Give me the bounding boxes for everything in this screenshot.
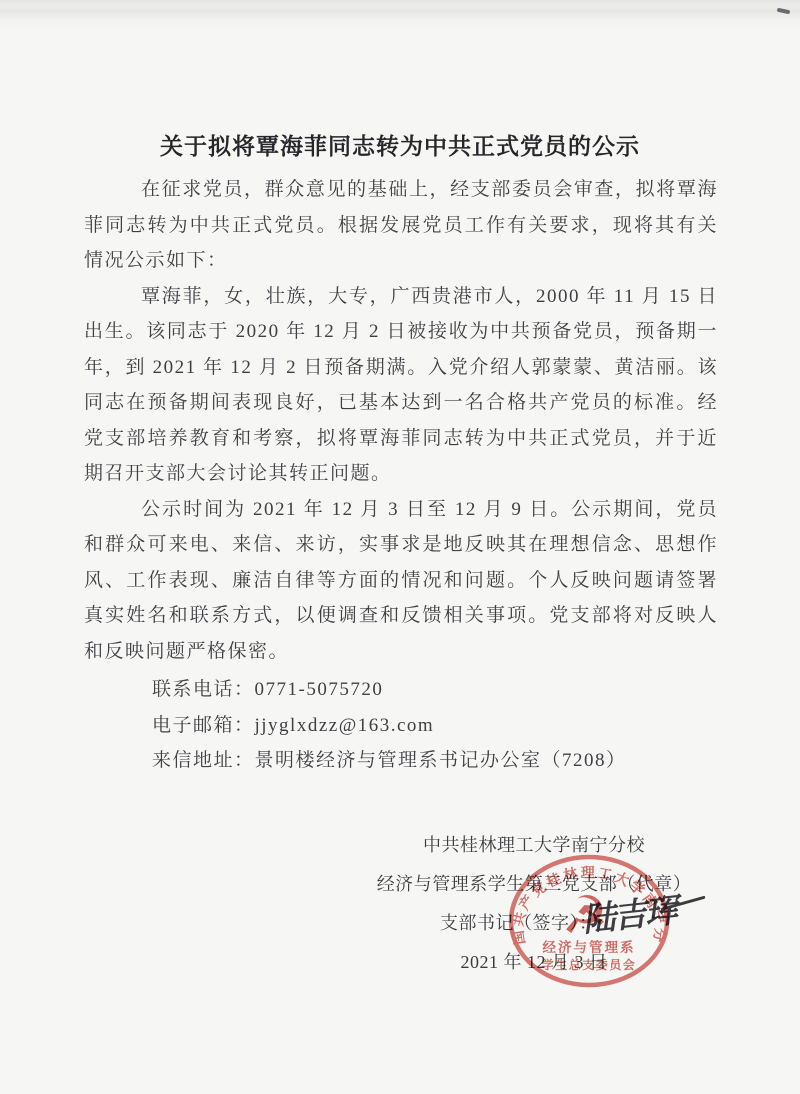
contact-phone-line: 联系电话：0771-5075720 [84,672,718,708]
contact-address-line: 来信地址：景明楼经济与管理系书记办公室（7208） [84,743,718,779]
paragraph-member-info: 覃海菲，女，壮族，大专，广西贵港市人，2000 年 11 月 15 日出生。该同… [84,279,718,492]
document-body: 在征求党员，群众意见的基础上，经支部委员会审查，拟将覃海菲同志转为中共正式党员。… [84,172,718,779]
scan-artifact-speck [777,8,791,15]
contact-block: 联系电话：0771-5075720 电子邮箱：jjyglxdzz@163.com… [84,672,718,779]
signoff-date-line: 2021 年 12 月 3 日 [360,943,708,982]
paragraph-intro: 在征求党员，群众意见的基础上，经支部委员会审查，拟将覃海菲同志转为中共正式党员。… [84,172,718,279]
signoff-org-line1: 中共桂林理工大学南宁分校 [360,826,708,865]
scanned-document-page: 关于拟将覃海菲同志转为中共正式党员的公示 在征求党员，群众意见的基础上，经支部委… [0,0,800,1094]
document-title: 关于拟将覃海菲同志转为中共正式党员的公示 [84,128,716,161]
paragraph-publicity-period: 公示时间为 2021 年 12 月 3 日至 12 月 9 日。公示期间，党员和… [84,492,718,670]
scan-top-edge-shading [0,0,800,36]
contact-email-line: 电子邮箱：jjyglxdzz@163.com [84,708,718,744]
